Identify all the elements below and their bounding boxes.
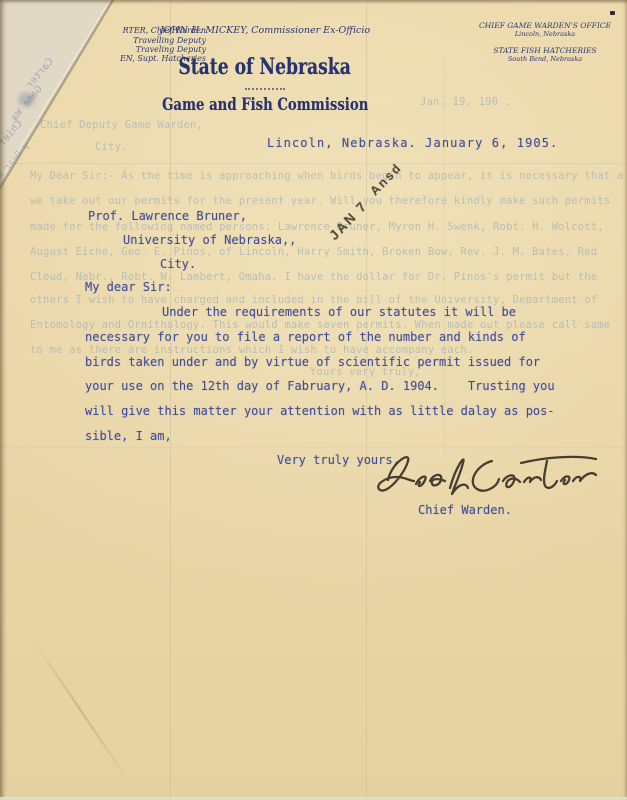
corner-dot bbox=[610, 11, 615, 15]
scratch-mark bbox=[32, 639, 130, 783]
bleedthrough-date: Jan. 19, 190 . bbox=[420, 96, 511, 108]
bleedthrough-line: My Dear Sir:- As the time is approaching… bbox=[30, 170, 623, 182]
state-title: State of Nebraska bbox=[110, 54, 420, 80]
body-line: your use on the 12th day of Fabruary, A.… bbox=[85, 379, 565, 404]
hatcheries-title: STATE FISH HATCHERIES bbox=[460, 47, 627, 55]
commission-title: Game and Fish Commission bbox=[110, 95, 420, 115]
recipient-line-org: University of Nebraska,, bbox=[123, 233, 296, 247]
dateline: Lincoln, Nebraska. January 6, 1905. bbox=[267, 136, 558, 150]
commissioner-line: JOHN H. MICKEY, Commissioner Ex-Officio bbox=[110, 25, 420, 36]
recipient-line-city: City. bbox=[160, 257, 196, 271]
office-title: CHIEF GAME WARDEN'S OFFICE bbox=[460, 22, 627, 30]
body-line: birds taken under and by virtue of scien… bbox=[85, 355, 565, 380]
salutation: My dear Sir: bbox=[85, 280, 172, 294]
body-line: necessary for you to file a report of th… bbox=[85, 330, 565, 355]
letter-page: Jan. 19, 190 . Chief Deputy Game Warden,… bbox=[0, 0, 627, 800]
letterhead-right-column: CHIEF GAME WARDEN'S OFFICE Lincoln, Nebr… bbox=[460, 22, 627, 63]
hatcheries-city: South Bend, Nebraska bbox=[460, 55, 627, 63]
office-city: Lincoln, Nebraska bbox=[460, 30, 627, 38]
body-line: Under the requirements of our statutes i… bbox=[85, 305, 565, 330]
bleedthrough-line: August Eiche, Geo. E. Pinos, of Lincoln,… bbox=[30, 246, 597, 258]
ornament-divider bbox=[245, 88, 285, 90]
signature bbox=[370, 448, 598, 510]
letter-body: Under the requirements of our statutes i… bbox=[85, 305, 565, 454]
body-line: will give this matter your attention wit… bbox=[85, 404, 565, 429]
recipient-line-name: Prof. Lawrence Bruner, bbox=[88, 209, 247, 223]
bleedthrough-line: we take out our permits for the present … bbox=[30, 195, 610, 207]
